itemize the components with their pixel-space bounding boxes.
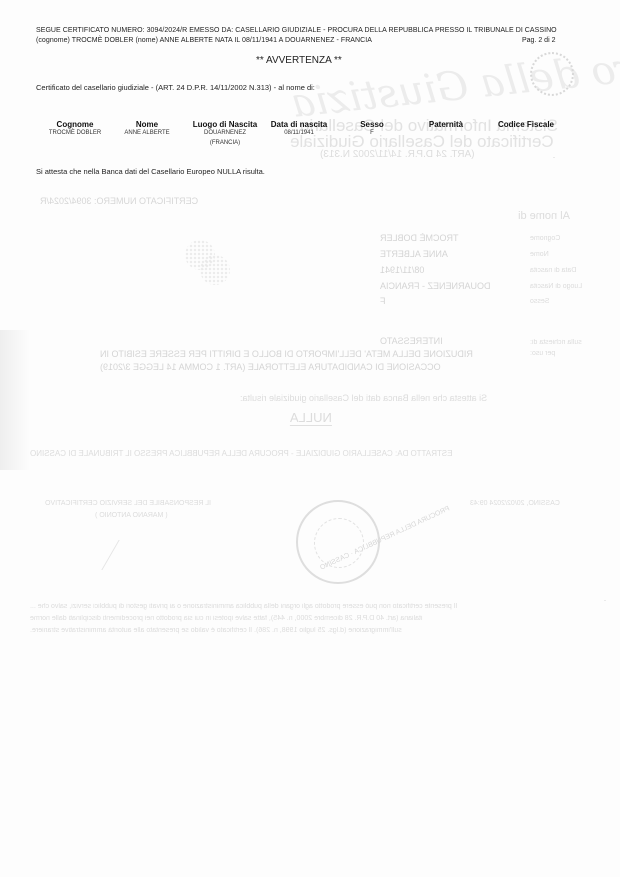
cell-sesso: F [352, 130, 392, 136]
ghost-value: F [380, 296, 386, 306]
ghost-edge-shadow [0, 330, 30, 470]
ghost-value: DOUARNENEZ - FRANCIA [380, 281, 491, 291]
scan-speck: · [553, 155, 555, 161]
ghost-speckle [200, 255, 230, 285]
ghost-stamp-text: PROCURA DELLA REPUBBLICA · CASSINO [319, 505, 451, 571]
cell-luogo-nascita-country: (FRANCIA) [188, 140, 262, 146]
ghost-label: sulla richiesta di: [530, 339, 582, 346]
ghost-value: 08/11/1941 [380, 265, 424, 275]
ghost-attestation: Si attesta che nella Banca dati del Case… [240, 393, 487, 403]
ghost-signature [101, 540, 179, 570]
header-cognome: Cognome [50, 120, 100, 129]
ghost-al-nome-di: Al nome di [518, 210, 570, 222]
ghost-label: Data di nascita [530, 267, 576, 274]
ghost-stamp-icon [296, 500, 380, 584]
ghost-label: Nome [530, 251, 549, 258]
ghost-extract: ESTRATTO DA: CASELLARIO GIUDIZIALE - PRO… [30, 449, 453, 458]
cell-nome: ANNE ALBERTE [112, 130, 182, 136]
header-paternita: Paternità [420, 120, 472, 129]
ghost-responsible-name: ( MARANO ANTONIO ) [95, 512, 168, 519]
ghost-footer-line: italiana (art. 40 D.P.R. 28 dicembre 200… [30, 615, 422, 622]
header-sesso: Sesso [352, 120, 392, 129]
header-nome: Nome [122, 120, 172, 129]
european-record-attestation: Si attesta che nella Banca dati del Case… [36, 167, 265, 176]
ghost-value: OCCASIONE DI CANDIDATURA ELETTORALE (ART… [100, 362, 441, 372]
ghost-system-line3: (ART. 24 D.P.R. 14/11/2002 N.313) [320, 149, 475, 160]
intro-line: Certificato del casellario giudiziale - … [36, 83, 315, 92]
header-data-nascita: Data di nascita [266, 120, 332, 129]
ghost-label: Cognome [530, 235, 560, 242]
ghost-footer-line: Il presente certificato non può essere p… [30, 603, 457, 610]
ghost-value: RIDUZIONE DELLA META' DELL'IMPORTO DI BO… [100, 349, 473, 359]
cell-cognome: TROCMÈ DOBLER [40, 130, 110, 136]
ghost-speckle [185, 240, 215, 270]
ghost-responsible: IL RESPONSABILE DEL SERVIZIO CERTIFICATI… [45, 500, 211, 507]
header-certificate-line: SEGUE CERTIFICATO NUMERO: 3094/2024/R EM… [36, 27, 557, 34]
document-page: Ministero della Giustizia Sistema Inform… [0, 0, 620, 877]
ghost-value: TROCMÈ DOBLER [380, 233, 459, 243]
ghost-value: INTERESSATO [380, 336, 443, 346]
ghost-republic-emblem-icon [530, 52, 574, 96]
scan-speck: · [604, 598, 606, 604]
cell-data-nascita: 08/11/1941 [266, 130, 332, 136]
ghost-footer-line: sull'immigrazione (d.lgs. 25 luglio 1998… [30, 627, 402, 634]
ghost-label: Luogo di Nascita [530, 283, 582, 290]
warning-title: ** AVVERTENZA ** [256, 55, 342, 66]
ghost-result: NULLA [290, 410, 332, 426]
ghost-label: Sesso [530, 298, 549, 305]
ghost-place-date: CASSINO, 20/02/2024 09:43 [470, 500, 560, 507]
header-luogo-nascita: Luogo di Nascita [188, 120, 262, 129]
header-subject-line: (cognome) TROCMÈ DOBLER (nome) ANNE ALBE… [36, 37, 372, 44]
header-codice-fiscale: Codice Fiscale [490, 120, 562, 129]
cell-luogo-nascita: DOUARNENEZ [188, 130, 262, 136]
ghost-label: per uso: [530, 350, 555, 357]
page-number: Pag. 2 di 2 [522, 37, 555, 44]
ghost-cert-label: CERTIFICATO NUMERO: 3094/2024/R [40, 196, 198, 206]
ghost-value: ANNE ALBERTE [380, 249, 448, 259]
